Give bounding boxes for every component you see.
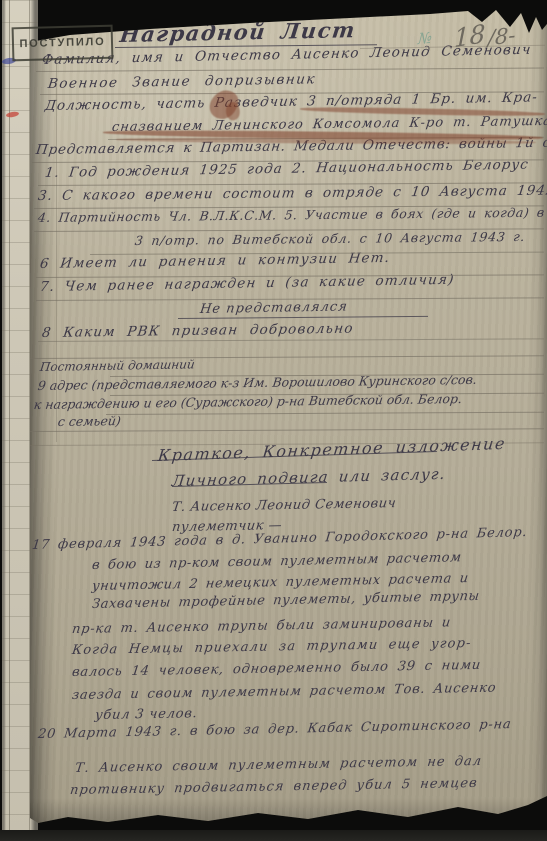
- field-prev-awards-value: Не представлялся: [199, 299, 349, 317]
- field-drafted-line: 8 Каким РВК призван добровольно: [41, 321, 355, 341]
- scanned-award-document: Наградной Лист № 18 /8- Фамилия, имя и О…: [0, 0, 547, 841]
- narrative-line: пр-ка т. Аисенко трупы были заминированы…: [71, 615, 452, 637]
- received-stamp: ПОСТУПИЛО: [12, 25, 114, 62]
- narrative-name: Т. Аисенко Леонид Семенович: [171, 496, 397, 515]
- scan-edge: [0, 830, 547, 841]
- field-address-label-1: Постоянный домашний: [39, 357, 195, 374]
- narrative-line: убил 3 челов.: [94, 706, 198, 723]
- narrative-line: Т. Аисенко своим пулеметным расчетом не …: [74, 754, 483, 776]
- narrative-line: валось 14 человек, одновременно было 39 …: [71, 658, 482, 680]
- narrative-heading-1: Краткое, Конкретное изложение: [157, 434, 507, 465]
- form-rule: [106, 412, 544, 415]
- narrative-line: противнику продвигаться вперед убил 5 не…: [69, 776, 478, 798]
- form-rule: [30, 355, 544, 359]
- narrative-line: в бою из пр-ком своим пулеметным расчето…: [91, 550, 462, 573]
- field-address-label-2: с семьей): [57, 413, 122, 429]
- document-title: Наградной Лист: [119, 17, 358, 47]
- form-rule: [30, 428, 544, 432]
- field-battles-line-2: 3 п/отр. по Витебской обл. с 10 Августа …: [134, 229, 526, 248]
- narrative-line: Когда Немцы приехали за трупами еще угор…: [71, 636, 473, 658]
- page: Наградной Лист № 18 /8- Фамилия, имя и О…: [30, 8, 547, 828]
- field-rank-line: Военное Звание допризывник: [47, 71, 317, 92]
- red-pen-mark: [6, 111, 20, 118]
- narrative-line: заезда и своим пулеметным расчетом Тов. …: [71, 681, 497, 703]
- form-margin-line: [56, 60, 57, 442]
